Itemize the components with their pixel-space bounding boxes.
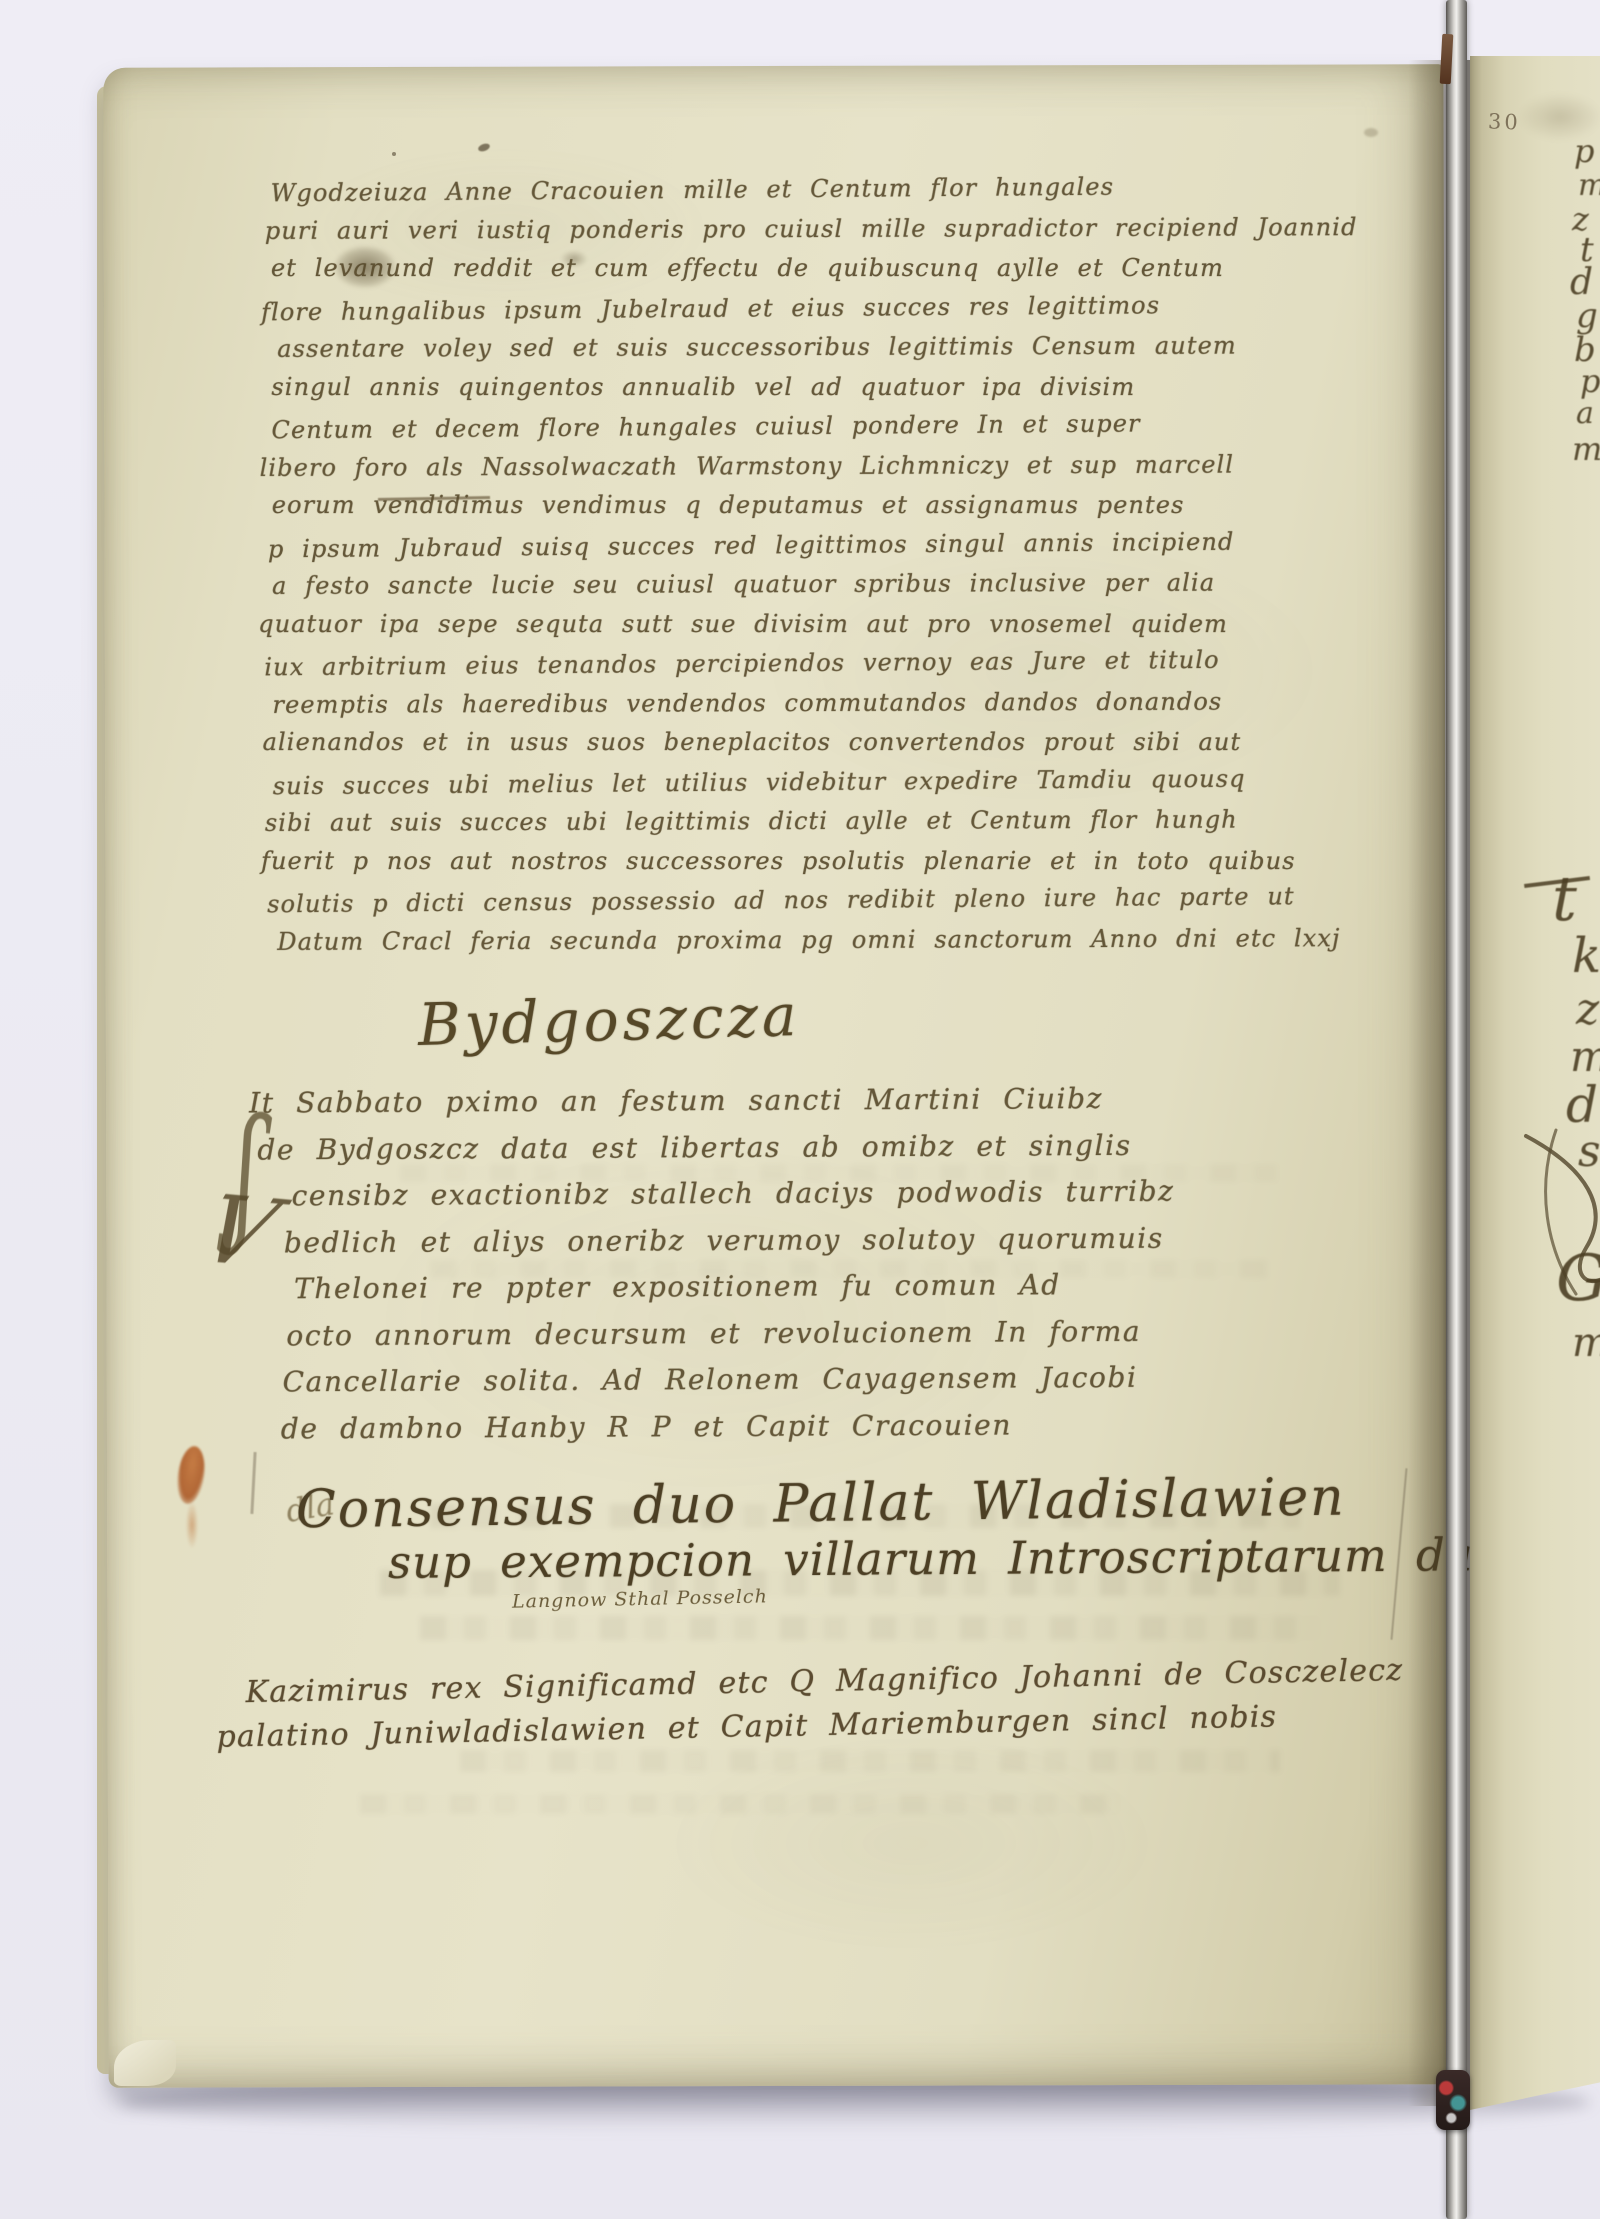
paragraph-census-grant: Wgodzeiuza Anne Cracouien mille et Centu… [271,168,1364,962]
manuscript-line: solutis p dicti census possessio ad nos … [267,877,1363,925]
manuscript-line: a festo sancte lucie seu cuiusl quatuor … [272,563,1362,606]
edge-stroke: p [1580,362,1600,400]
page-number: 30 [1488,109,1522,134]
edge-stroke-large: z [1576,984,1599,1035]
paragraph-privilege: It Sabbato pximo an festum sancti Martin… [257,1076,1176,1453]
manuscript-line: bedlich et aliys oneribz verumoy solutoy… [284,1215,1175,1266]
manuscript-line: quatuor ipa sepe sequta sutt sue divisim… [258,605,1362,645]
manuscript-line: alienandos et in usus suos beneplacitos … [263,723,1363,763]
section-heading: Bydgoszcza [417,981,801,1059]
manuscript-line: Thelonei re ppter expositionem fu comun … [294,1262,1175,1313]
manuscript-line: Datum Cracl feria secunda proxima pg omn… [277,919,1363,962]
manuscript-line: octo annorum decursum et revolucionem In… [286,1308,1175,1359]
manuscript-line: libero foro als Nassolwaczath Warmstony … [260,445,1362,488]
manuscript-line: fuerit p nos aut nostros successores pso… [261,842,1363,882]
manuscript-line: Wgodzeiuza Anne Cracouien mille et Centu… [271,166,1361,214]
manuscript-line: sibi aut suis succes ubi legittimis dict… [265,800,1363,843]
edge-stroke-large: t [1552,862,1577,935]
manuscript-line: iux arbitrium eius tenandos percipiendos… [264,640,1362,688]
manuscript-line: It Sabbato pximo an festum sancti Martin… [249,1076,1174,1127]
edge-stroke: m [1572,430,1600,468]
edge-stroke: m [1578,168,1600,203]
manuscript-line: eorum vendidimus vendimus q deputamus et… [272,486,1362,526]
edge-stroke: p [1574,132,1594,170]
edge-stroke-large: k [1572,928,1600,984]
manuscript-line: singul annis quingentos annualib vel ad … [271,368,1361,407]
edge-stroke-large: m [1570,1032,1600,1081]
bleedthrough-band [420,1616,1320,1640]
bleedthrough-band [460,1750,1280,1772]
wax-stain-tail [186,1502,198,1548]
manuscript-line: assentare voley sed et suis successoribu… [277,326,1361,369]
edge-stroke-large: m [1572,1320,1600,1366]
manuscript-line: Cancellarie solita. Ad Relonem Cayagense… [282,1355,1175,1406]
glass-weight-rod [1446,0,1467,2219]
manuscript-photo: { "image": { "description": "Photograph … [0,0,1600,2219]
manuscript-line: Centum et decem flore hungales cuiusl po… [271,403,1361,451]
manuscript-line: de Bydgoszcz data est libertas ab omibz … [257,1122,1174,1173]
grant-heading-line2: sup exempcion villarum Introscriptarum d… [388,1528,1533,1589]
faint-folio-mark [1364,128,1378,137]
edge-stroke-large: G [1556,1242,1600,1316]
edge-stroke: a [1576,396,1594,431]
manuscript-line: et levanund reddit et cum effectu de qui… [271,249,1361,289]
manuscript-line: p ipsum Jubraud suisq succes red legitti… [268,521,1362,569]
manuscript-line: puri auri veri iustiq ponderis pro cuius… [265,208,1361,251]
manuscript-line: censibz exactionibz stallech daciys podw… [292,1169,1175,1220]
bleedthrough-band [360,1794,1120,1814]
manuscript-line: flore hungalibus ipsum Jubelraud et eius… [261,284,1361,332]
ink-speck [392,152,396,156]
rod-glass-bead [1436,2070,1470,2130]
manuscript-line: de dambno Hanby R P et Capit Cracouien [281,1401,1176,1452]
manuscript-line: reemptis als haeredibus vendendos commut… [272,682,1362,725]
manuscript-line: suis succes ubi melius let utilius videb… [273,758,1363,806]
